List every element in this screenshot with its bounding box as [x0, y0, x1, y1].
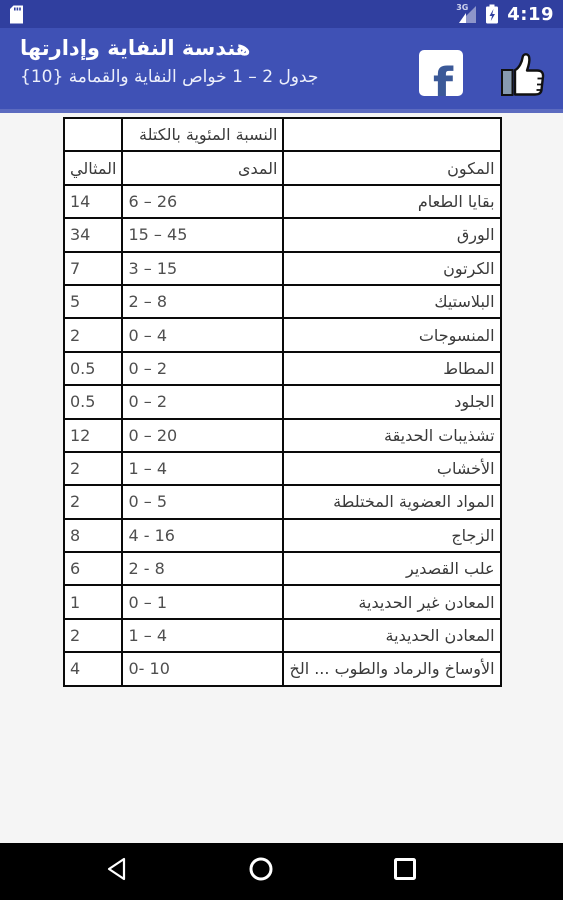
table-row: المطاط 0 – 2 0.5: [64, 352, 501, 385]
range-cell: 0 – 4: [122, 318, 283, 351]
table-row: الأوساخ والرماد والطوب ... الخ 0- 10 4: [64, 652, 501, 685]
table-row: المواد العضوية المختلطة 0 – 5 2: [64, 485, 501, 518]
table-header-row: المكون المدى المثالي: [64, 151, 501, 184]
table-group-header-row: النسبة المئوية بالكتلة: [64, 118, 501, 151]
table-row: الكرتون 3 – 15 7: [64, 252, 501, 285]
content-area: النسبة المئوية بالكتلة المكون المدى المث…: [0, 117, 563, 847]
range-cell: 4 - 16: [122, 519, 283, 552]
typical-cell: 4: [64, 652, 122, 685]
component-cell: المواد العضوية المختلطة: [283, 485, 500, 518]
status-bar: 3G 4:19: [0, 0, 563, 28]
typical-cell: 5: [64, 285, 122, 318]
battery-charging-icon: [484, 3, 500, 25]
group-header-cell: النسبة المئوية بالكتلة: [122, 118, 283, 151]
range-cell: 0 – 2: [122, 385, 283, 418]
typical-cell: 14: [64, 185, 122, 218]
app-header: هندسة النفاية وإدارتها جدول 2 – 1 خواص ا…: [0, 28, 563, 109]
typical-cell: 12: [64, 419, 122, 452]
table-row: الزجاج 4 - 16 8: [64, 519, 501, 552]
column-header-component: المكون: [283, 151, 500, 184]
typical-cell: 1: [64, 585, 122, 618]
header-accent-strip: [0, 109, 563, 113]
component-cell: الكرتون: [283, 252, 500, 285]
column-header-typical: المثالي: [64, 151, 122, 184]
table-row: الورق 15 – 45 34: [64, 218, 501, 251]
waste-composition-table: النسبة المئوية بالكتلة المكون المدى المث…: [63, 117, 502, 687]
component-cell: المعادن الحديدية: [283, 619, 500, 652]
range-cell: 1 – 4: [122, 452, 283, 485]
typical-cell: 34: [64, 218, 122, 251]
android-nav-bar: [0, 843, 563, 900]
range-cell: 0 – 1: [122, 585, 283, 618]
network-type-label: 3G: [456, 3, 468, 12]
sd-card-icon: [9, 5, 24, 24]
facebook-button[interactable]: f: [419, 50, 463, 96]
page-title: هندسة النفاية وإدارتها: [20, 35, 563, 62]
range-cell: 6 – 26: [122, 185, 283, 218]
component-cell: المطاط: [283, 352, 500, 385]
back-button[interactable]: [105, 856, 131, 882]
thumbs-up-icon: [499, 51, 548, 98]
typical-cell: 0.5: [64, 385, 122, 418]
table-row: البلاستيك 2 – 8 5: [64, 285, 501, 318]
range-cell: 2 – 8: [122, 285, 283, 318]
range-cell: 1 – 4: [122, 619, 283, 652]
page-subtitle: جدول 2 – 1 خواص النفاية والقمامة {10}: [20, 67, 563, 87]
typical-cell: 2: [64, 485, 122, 518]
table-row: المعادن الحديدية 1 – 4 2: [64, 619, 501, 652]
table-row: علب القصدير 2 - 8 6: [64, 552, 501, 585]
table-row: الجلود 0 – 2 0.5: [64, 385, 501, 418]
column-header-range: المدى: [122, 151, 283, 184]
typical-cell: 6: [64, 552, 122, 585]
component-cell: الأخشاب: [283, 452, 500, 485]
table-row: المعادن غير الحديدية 0 – 1 1: [64, 585, 501, 618]
component-cell: الورق: [283, 218, 500, 251]
component-cell: المعادن غير الحديدية: [283, 585, 500, 618]
typical-cell: 2: [64, 619, 122, 652]
range-cell: 3 – 15: [122, 252, 283, 285]
range-cell: 0 – 2: [122, 352, 283, 385]
component-cell: بقايا الطعام: [283, 185, 500, 218]
like-button[interactable]: [499, 51, 548, 98]
range-cell: 0- 10: [122, 652, 283, 685]
component-cell: الأوساخ والرماد والطوب ... الخ: [283, 652, 500, 685]
range-cell: 0 – 5: [122, 485, 283, 518]
component-cell: الجلود: [283, 385, 500, 418]
typical-cell: 8: [64, 519, 122, 552]
table-row: تشذيبات الحديقة 0 – 20 12: [64, 419, 501, 452]
component-cell: البلاستيك: [283, 285, 500, 318]
component-cell: تشذيبات الحديقة: [283, 419, 500, 452]
empty-cell: [64, 118, 122, 151]
signal-3g-icon: 3G: [457, 4, 477, 24]
clock-time: 4:19: [507, 4, 554, 25]
range-cell: 15 – 45: [122, 218, 283, 251]
typical-cell: 7: [64, 252, 122, 285]
range-cell: 0 – 20: [122, 419, 283, 452]
typical-cell: 2: [64, 452, 122, 485]
component-cell: المنسوجات: [283, 318, 500, 351]
typical-cell: 2: [64, 318, 122, 351]
app-screen: 3G 4:19 هندسة النفاية وإدارتها جدول 2 – …: [0, 0, 563, 900]
home-button[interactable]: [248, 856, 274, 882]
table-row: المنسوجات 0 – 4 2: [64, 318, 501, 351]
typical-cell: 0.5: [64, 352, 122, 385]
component-cell: الزجاج: [283, 519, 500, 552]
component-cell: علب القصدير: [283, 552, 500, 585]
recents-button[interactable]: [392, 856, 418, 882]
empty-cell: [283, 118, 500, 151]
table-row: بقايا الطعام 6 – 26 14: [64, 185, 501, 218]
table-row: الأخشاب 1 – 4 2: [64, 452, 501, 485]
range-cell: 2 - 8: [122, 552, 283, 585]
facebook-icon: f: [433, 67, 453, 96]
